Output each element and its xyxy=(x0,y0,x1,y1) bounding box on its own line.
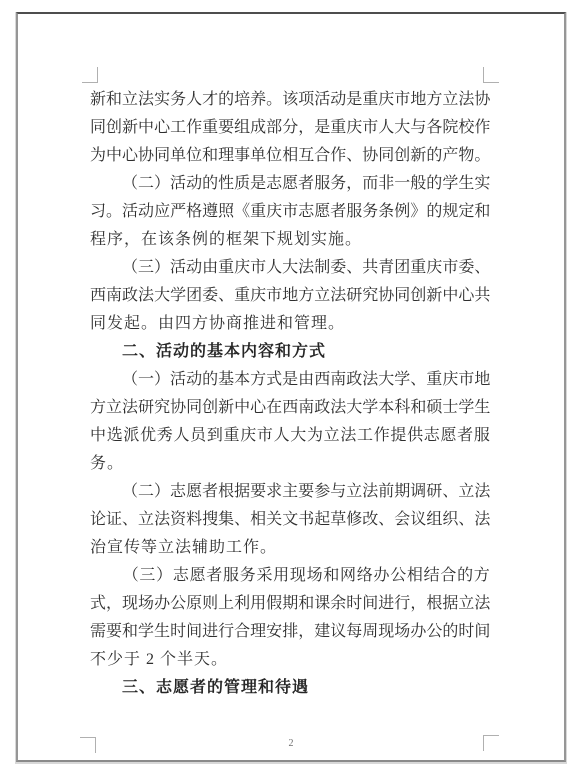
text-line: （二）志愿者根据要求主要参与立法前期调研、立法 xyxy=(90,478,490,506)
text-line: （三）志愿者服务采用现场和网络办公相结合的方 xyxy=(90,562,490,590)
document-page: 新和立法实务人才的培养。该项活动是重庆市地方立法协同创新中心工作重要组成部分，是… xyxy=(16,12,566,762)
text-line: 务。 xyxy=(90,450,490,478)
text-line: （三）活动由重庆市人大法制委、共青团重庆市委、 xyxy=(90,254,490,282)
text-line: 为中心协同单位和理事单位相互合作、协同创新的产物。 xyxy=(90,142,490,170)
page-number: 2 xyxy=(18,738,564,749)
text-line: 同发起。由四方协商推进和管理。 xyxy=(90,310,490,338)
paragraph-indent xyxy=(90,366,122,394)
text-line: （二）活动的性质是志愿者服务，而非一般的学生实 xyxy=(90,170,490,198)
text-line: 需要和学生时间进行合理安排，建议每周现场办公的时间 xyxy=(90,618,490,646)
paragraph-indent xyxy=(90,478,122,506)
paragraph-indent xyxy=(90,254,122,282)
text-line: 新和立法实务人才的培养。该项活动是重庆市地方立法协 xyxy=(90,86,490,114)
text-line: 论证、立法资料搜集、相关文书起草修改、会议组织、法 xyxy=(90,506,490,534)
document-viewer: 新和立法实务人才的培养。该项活动是重庆市地方立法协同创新中心工作重要组成部分，是… xyxy=(0,0,579,780)
text-line: 方立法研究协同创新中心在西南政法大学本科和硕士学生 xyxy=(90,394,490,422)
text-line: 二、活动的基本内容和方式 xyxy=(90,338,490,366)
margin-crop-mark-top-left-icon xyxy=(82,67,98,83)
margin-crop-mark-top-right-icon xyxy=(483,67,499,83)
text-line: 三、志愿者的管理和待遇 xyxy=(90,674,490,702)
text-line: 不少于 2 个半天。 xyxy=(90,646,490,674)
paragraph-indent xyxy=(90,562,122,590)
text-line: 习。活动应严格遵照《重庆市志愿者服务条例》的规定和 xyxy=(90,198,490,226)
text-line: 同创新中心工作重要组成部分，是重庆市人大与各院校作 xyxy=(90,114,490,142)
text-line: 治宣传等立法辅助工作。 xyxy=(90,534,490,562)
paragraph-indent xyxy=(90,170,122,198)
text-line: 西南政法大学团委、重庆市地方立法研究协同创新中心共 xyxy=(90,282,490,310)
text-line: 程序，在该条例的框架下规划实施。 xyxy=(90,226,490,254)
text-line: 中选派优秀人员到重庆市人大为立法工作提供志愿者服 xyxy=(90,422,490,450)
text-line: 式，现场办公原则上利用假期和课余时间进行，根据立法 xyxy=(90,590,490,618)
document-body: 新和立法实务人才的培养。该项活动是重庆市地方立法协同创新中心工作重要组成部分，是… xyxy=(90,86,490,702)
text-line: （一）活动的基本方式是由西南政法大学、重庆市地 xyxy=(90,366,490,394)
